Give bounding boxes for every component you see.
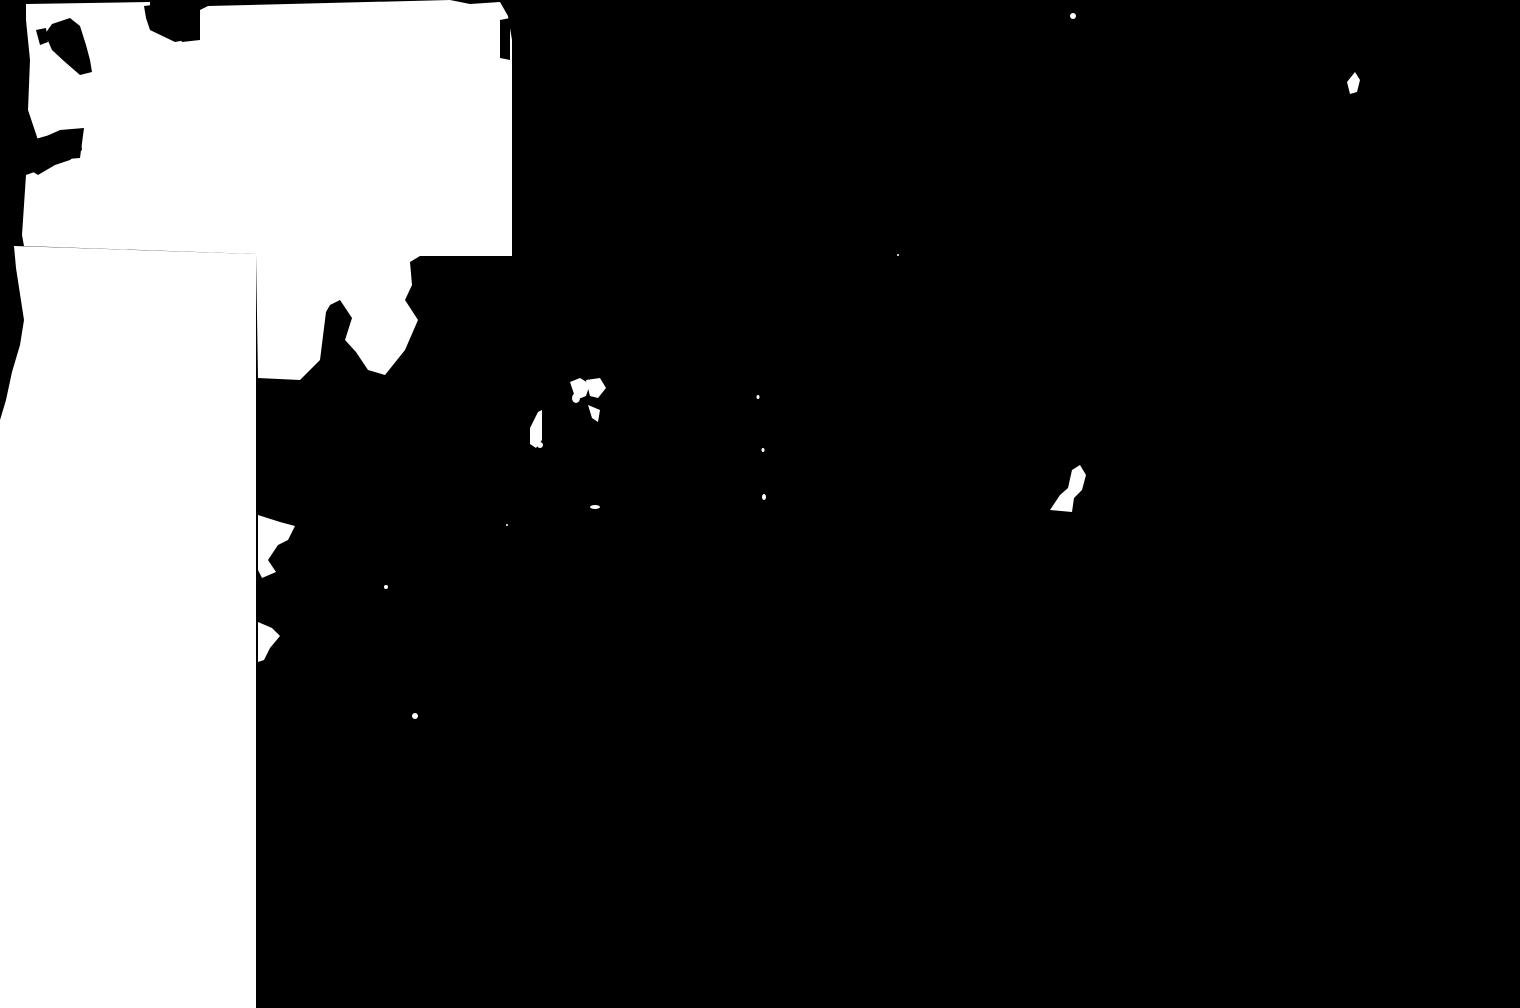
mask-canvas <box>0 0 1520 1008</box>
